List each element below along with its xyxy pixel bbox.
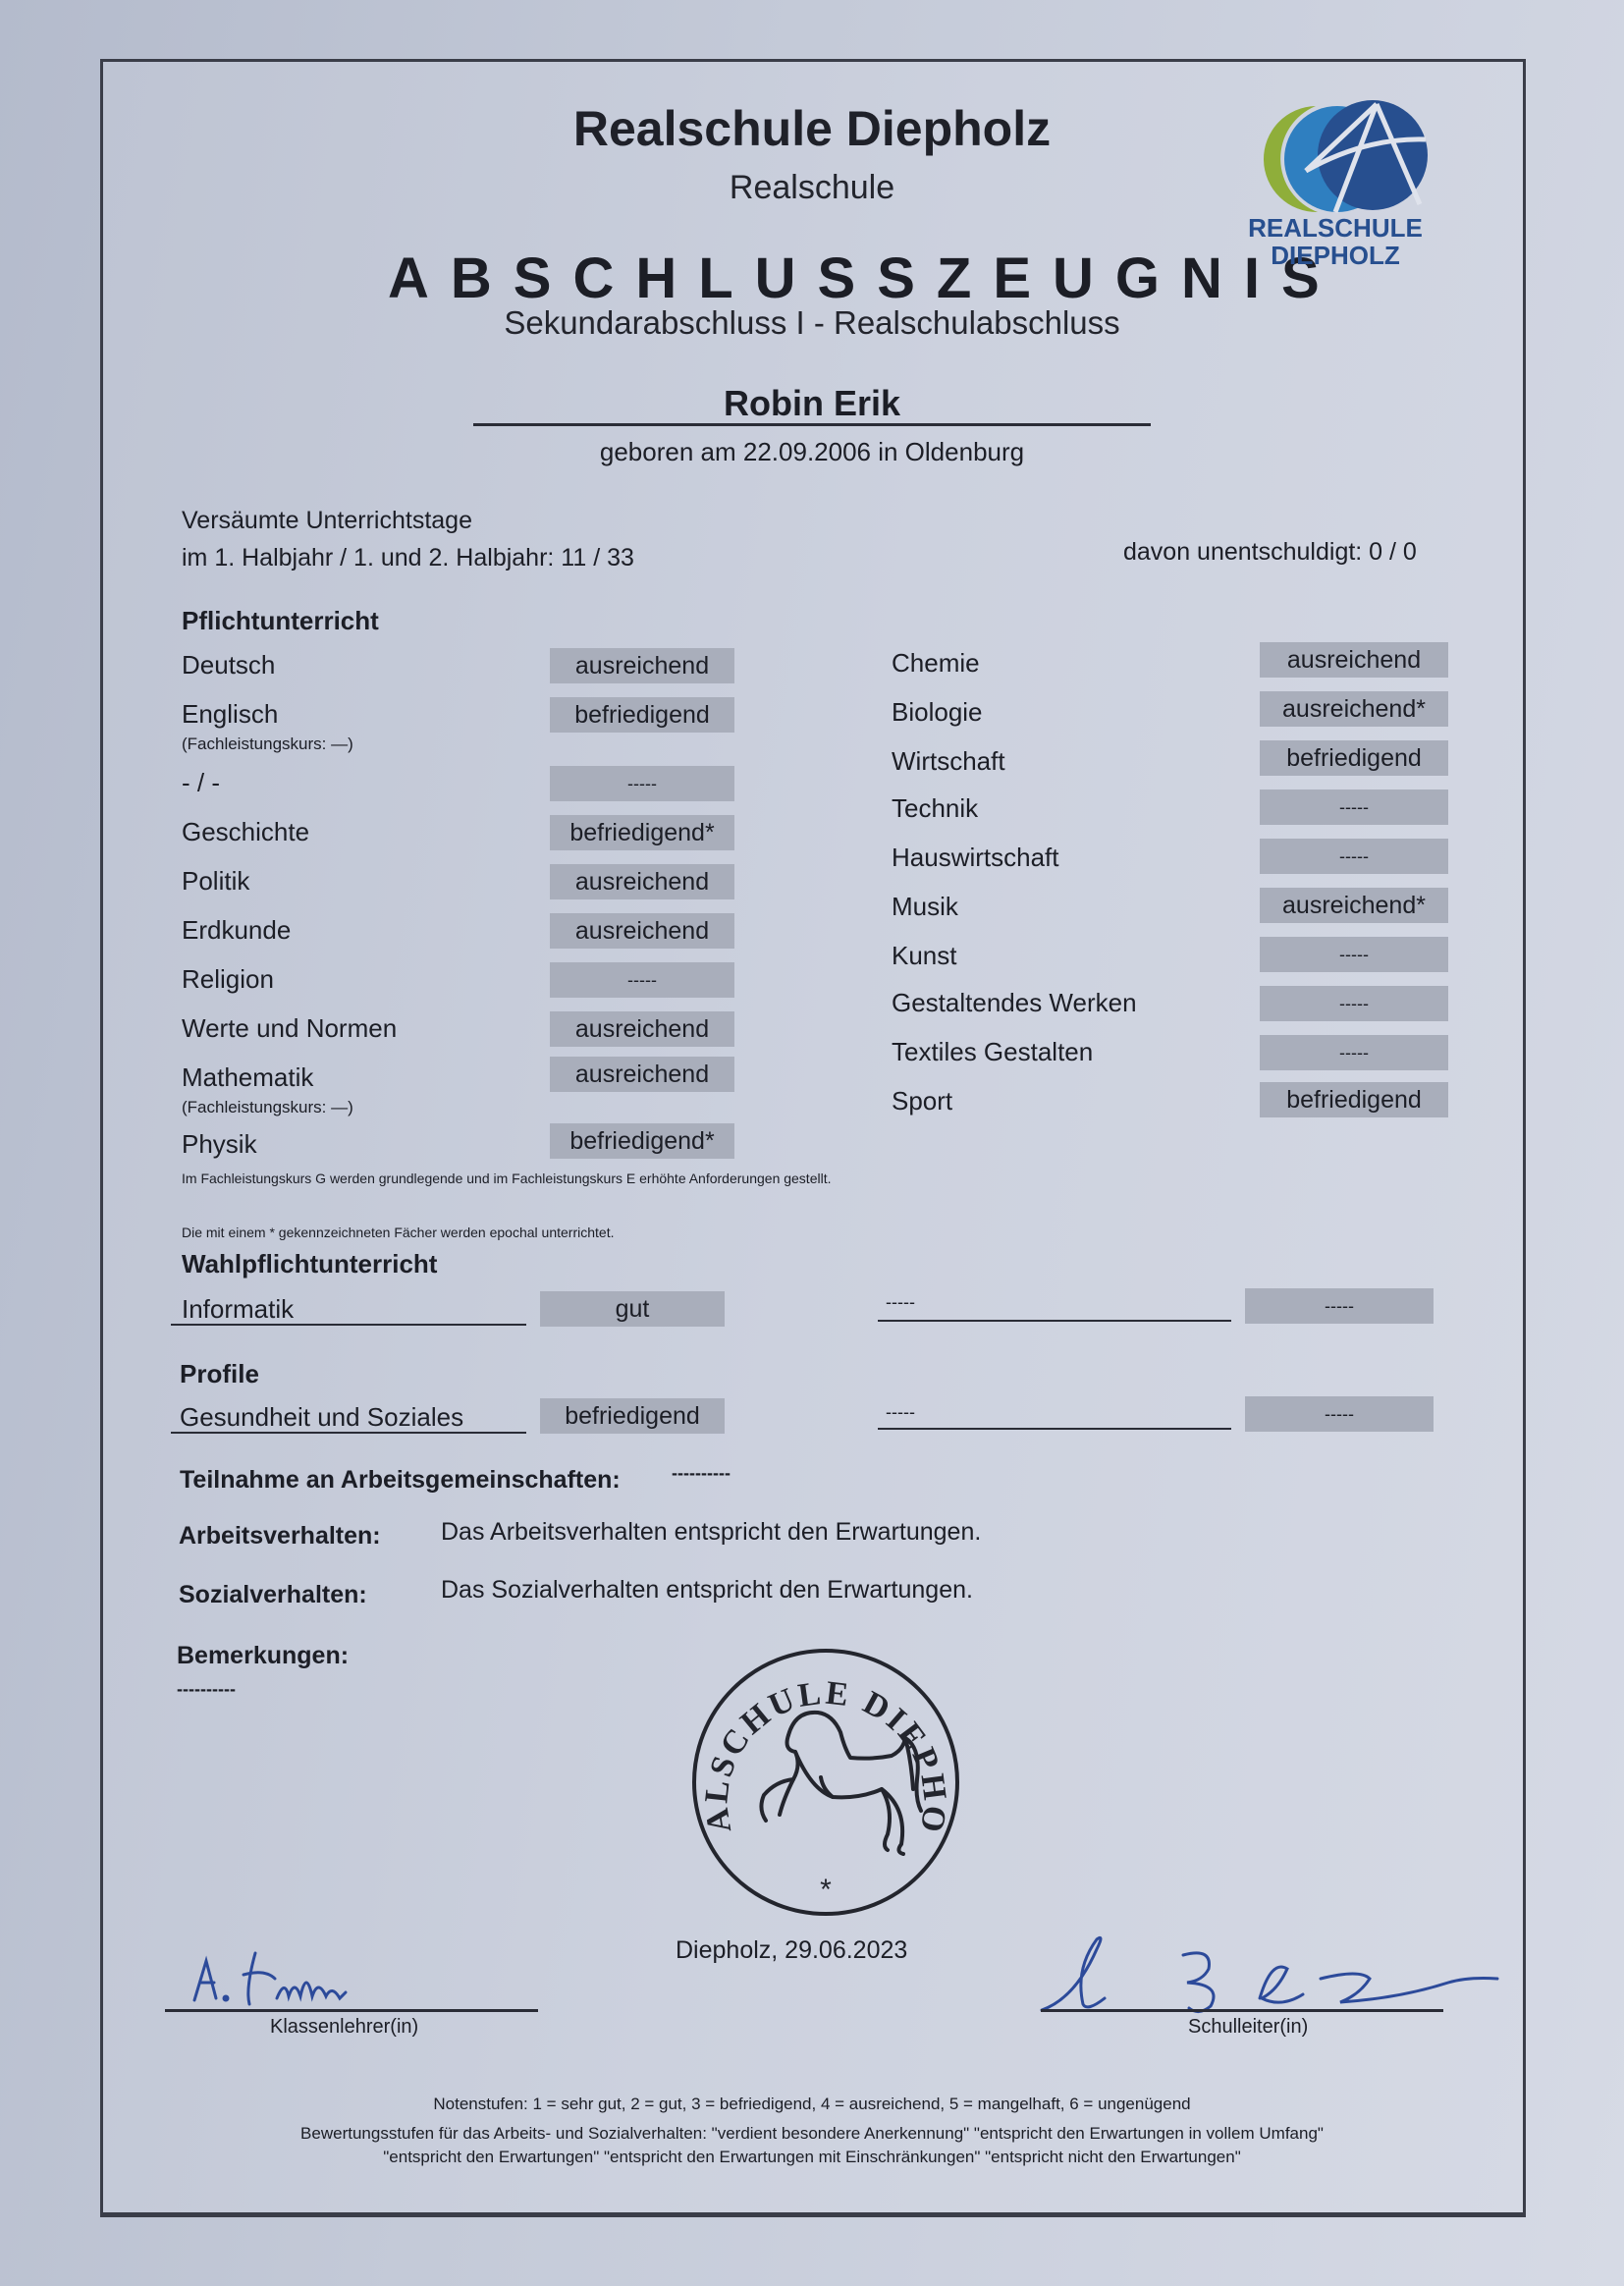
subject-left-7: Werte und Normen [182,1013,397,1044]
grade-right-5: ausreichend* [1260,888,1448,923]
subject-left-3: Geschichte [182,817,309,847]
subject-left-6: Religion [182,964,274,995]
subject-right-1: Biologie [892,697,983,728]
school-logo: REALSCHULE DIEPHOLZ [1247,98,1443,275]
subject-left-4: Politik [182,866,249,897]
profile-grade-1: befriedigend [540,1398,725,1434]
social-behaviour-label: Sozialverhalten: [179,1581,367,1609]
logo-text-line1: REALSCHULE [1247,214,1424,242]
teacher-signature [187,1949,442,2008]
seal-horse-icon: REALSCHULE DIEPHOLZ * [685,1642,966,1923]
subject-left-2: - / - [182,768,220,798]
grade-right-1: ausreichend* [1260,691,1448,727]
signature-scribble-icon [1036,1930,1507,2018]
grade-left-1: befriedigend [550,697,734,733]
social-behaviour-text: Das Sozialverhalten entspricht den Erwar… [441,1576,973,1605]
principal-caption: Schulleiter(in) [1188,2016,1308,2039]
principal-signature [1036,1930,1507,2018]
subject-right-3: Technik [892,793,978,824]
document-subtitle: Sekundarabschluss I - Realschulabschluss [0,304,1624,342]
compulsory-heading: Pflichtunterricht [182,606,379,636]
grade-left-2: ----- [550,766,734,801]
profile-heading: Profile [180,1359,259,1389]
signature-scribble-icon [187,1949,442,2008]
name-underline [473,423,1151,426]
seal-star: * [820,1874,832,1906]
grade-left-3: befriedigend* [550,815,734,850]
elective-subject-2: ----- [886,1292,915,1313]
behaviour-scale-legend-line1: Bewertungsstufen für das Arbeits- und So… [0,2124,1624,2144]
grade-left-4: ausreichend [550,864,734,899]
grade-right-4: ----- [1260,839,1448,874]
student-name: Robin Erik [0,383,1624,424]
subject-left-5: Erdkunde [182,915,291,946]
profile-grade-2: ----- [1245,1396,1434,1432]
subject-right-0: Chemie [892,648,980,679]
subject-right-8: Textiles Gestalten [892,1037,1093,1067]
grade-right-8: ----- [1260,1035,1448,1070]
subject-right-2: Wirtschaft [892,746,1005,777]
logo-text-line2: DIEPHOLZ [1247,242,1424,269]
birth-info: geboren am 22.09.2006 in Oldenburg [0,437,1624,467]
grade-right-9: befriedigend [1260,1082,1448,1117]
subject-left-1: Englisch [182,699,278,730]
subject-right-6: Kunst [892,941,957,971]
grade-left-7: ausreichend [550,1011,734,1047]
profile-subject-1: Gesundheit und Soziales [180,1402,463,1433]
logo-circles-icon [1247,98,1443,216]
grade-right-0: ausreichend [1260,642,1448,678]
grade-left-8: ausreichend [550,1057,734,1092]
grade-left-0: ausreichend [550,648,734,683]
subject-right-7: Gestaltendes Werken [892,988,1137,1018]
subject-right-4: Hauswirtschaft [892,843,1059,873]
footnote-course-levels: Im Fachleistungskurs G werden grundlegen… [182,1170,832,1186]
school-seal: REALSCHULE DIEPHOLZ * [685,1642,966,1923]
remarks-label: Bemerkungen: [177,1642,349,1670]
svg-text:REALSCHULE DIEPHOLZ: REALSCHULE DIEPHOLZ [685,1642,953,1837]
grade-left-6: ----- [550,962,734,998]
subject-right-5: Musik [892,892,958,922]
subject-left-8: Mathematik [182,1062,313,1093]
elective-subject-2-line [878,1320,1231,1322]
elective-subject-1: Informatik [182,1294,294,1325]
grade-right-6: ----- [1260,937,1448,972]
grade-scale-legend: Notenstufen: 1 = sehr gut, 2 = gut, 3 = … [0,2095,1624,2114]
grade-right-3: ----- [1260,789,1448,825]
subject-course-note: (Fachleistungskurs: —) [182,735,353,754]
subject-right-9: Sport [892,1086,952,1116]
principal-signature-line [1041,2009,1443,2012]
work-behaviour-text: Das Arbeitsverhalten entspricht den Erwa… [441,1518,981,1547]
elective-grade-1: gut [540,1291,725,1327]
absence-unexcused: davon unentschuldigt: 0 / 0 [1123,538,1417,567]
subject-left-9: Physik [182,1129,257,1160]
remarks-value: ---------- [177,1679,236,1700]
subject-left-0: Deutsch [182,650,275,680]
profile-subject-2-line [878,1428,1231,1430]
behaviour-scale-legend-line2: "entspricht den Erwartungen" "entspricht… [0,2148,1624,2167]
absence-label: Versäumte Unterrichtstage [182,507,472,535]
absence-value: im 1. Halbjahr / 1. und 2. Halbjahr: 11 … [182,544,634,572]
place-date: Diepholz, 29.06.2023 [676,1936,907,1965]
teacher-caption: Klassenlehrer(in) [270,2016,418,2039]
teacher-signature-line [165,2009,538,2012]
work-behaviour-label: Arbeitsverhalten: [179,1522,381,1551]
grade-right-2: befriedigend [1260,740,1448,776]
profile-subject-2: ----- [886,1402,915,1423]
grade-left-9: befriedigend* [550,1123,734,1159]
elective-heading: Wahlpflichtunterricht [182,1249,437,1279]
activities-label: Teilnahme an Arbeitsgemeinschaften: [180,1466,621,1495]
document-title: ABSCHLUSSZEUGNIS [388,245,1341,311]
grade-left-5: ausreichend [550,913,734,949]
subject-course-note: (Fachleistungskurs: —) [182,1098,353,1117]
footnote-epochal: Die mit einem * gekennzeichneten Fächer … [182,1225,614,1240]
activities-value: ---------- [672,1463,731,1484]
elective-grade-2: ----- [1245,1288,1434,1324]
elective-subject-1-line [171,1324,526,1326]
profile-subject-1-line [171,1432,526,1434]
grade-right-7: ----- [1260,986,1448,1021]
